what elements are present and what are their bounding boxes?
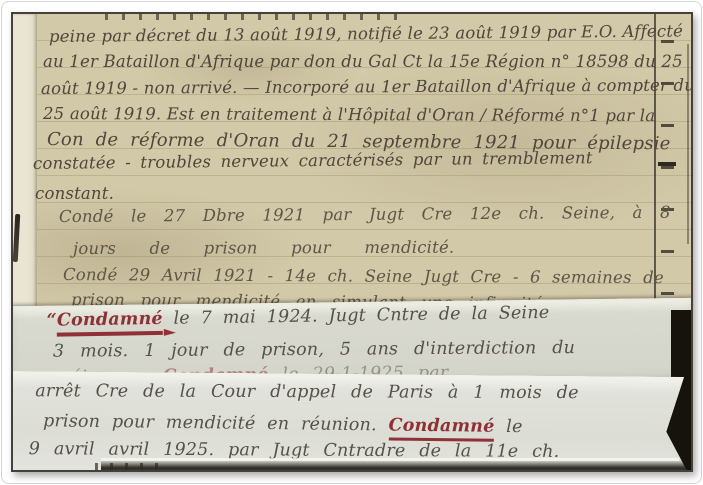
- red-annotation-condamne: Condamné: [57, 309, 163, 337]
- manuscript-line-16: prison pour mendicité en réunion. Condam…: [43, 411, 523, 442]
- margin-second-rule: [687, 44, 689, 244]
- line-text: le: [494, 417, 522, 437]
- red-quote-mark: “: [46, 311, 57, 331]
- red-annotation-condamne: Condamné: [388, 416, 494, 442]
- line-text: Condé le 27 Dbre 1921 par Jugt Cre 12e c…: [59, 203, 671, 226]
- manuscript-line-13: 3 mois. 1 jour de prison, 5 ans d'interd…: [53, 338, 575, 363]
- line-text: jours de prison pour mendicité.: [73, 238, 454, 258]
- line-text: août 1919 - non arrivé. — Incorporé au 1…: [41, 76, 693, 98]
- manuscript-line-4: 25 août 1919. Est en traitement à l'Hôpi…: [43, 104, 655, 126]
- cropped-writing-top: [105, 14, 405, 20]
- line-text: Condé 29 Avril 1921 - 14e ch. Seine Jugt…: [63, 265, 664, 287]
- manuscript-line-9: jours de prison pour mendicité.: [73, 238, 454, 259]
- line-text: le 7 mai 1924. Jugt Cntre de la Seine: [163, 303, 550, 329]
- line-text: 25 août 1919. Est en traitement à l'Hôpi…: [43, 104, 655, 125]
- overlay-paper-strip-1925: arrêt Cre de la Cour d'appel de Paris à …: [11, 371, 693, 472]
- manuscript-line-2: au 1er Bataillon d'Afrique par don du Ga…: [43, 52, 683, 72]
- manuscript-line-12: “Condamné le 7 mai 1924. Jugt Cntre de l…: [46, 303, 549, 337]
- line-text: prison pour mendicité en réunion.: [43, 411, 389, 435]
- paper-bottom-shadow: [101, 460, 691, 470]
- paper-bottom-edge-highlight: [101, 458, 679, 461]
- manuscript-line-10: Condé 29 Avril 1921 - 14e ch. Seine Jugt…: [63, 265, 664, 288]
- manuscript-line-7: constant.: [35, 184, 114, 204]
- line-text: 3 mois. 1 jour de prison, 5 ans d'interd…: [53, 338, 575, 362]
- manuscript-line-3: août 1919 - non arrivé. — Incorporé au 1…: [41, 76, 693, 99]
- margin-bold-tick: [658, 162, 676, 166]
- line-text: au 1er Bataillon d'Afrique par don du Ga…: [43, 52, 683, 71]
- register-photo-frame: peine par décret du 13 août 1919, notifi…: [11, 12, 693, 472]
- line-text: arrêt Cre de la Cour d'appel de Paris à …: [35, 381, 578, 403]
- line-text: constant.: [35, 184, 114, 203]
- screenshot-canvas: peine par décret du 13 août 1919, notifi…: [0, 0, 703, 485]
- manuscript-line-15: arrêt Cre de la Cour d'appel de Paris à …: [35, 381, 578, 404]
- cropped-writing-bottom: [95, 463, 165, 470]
